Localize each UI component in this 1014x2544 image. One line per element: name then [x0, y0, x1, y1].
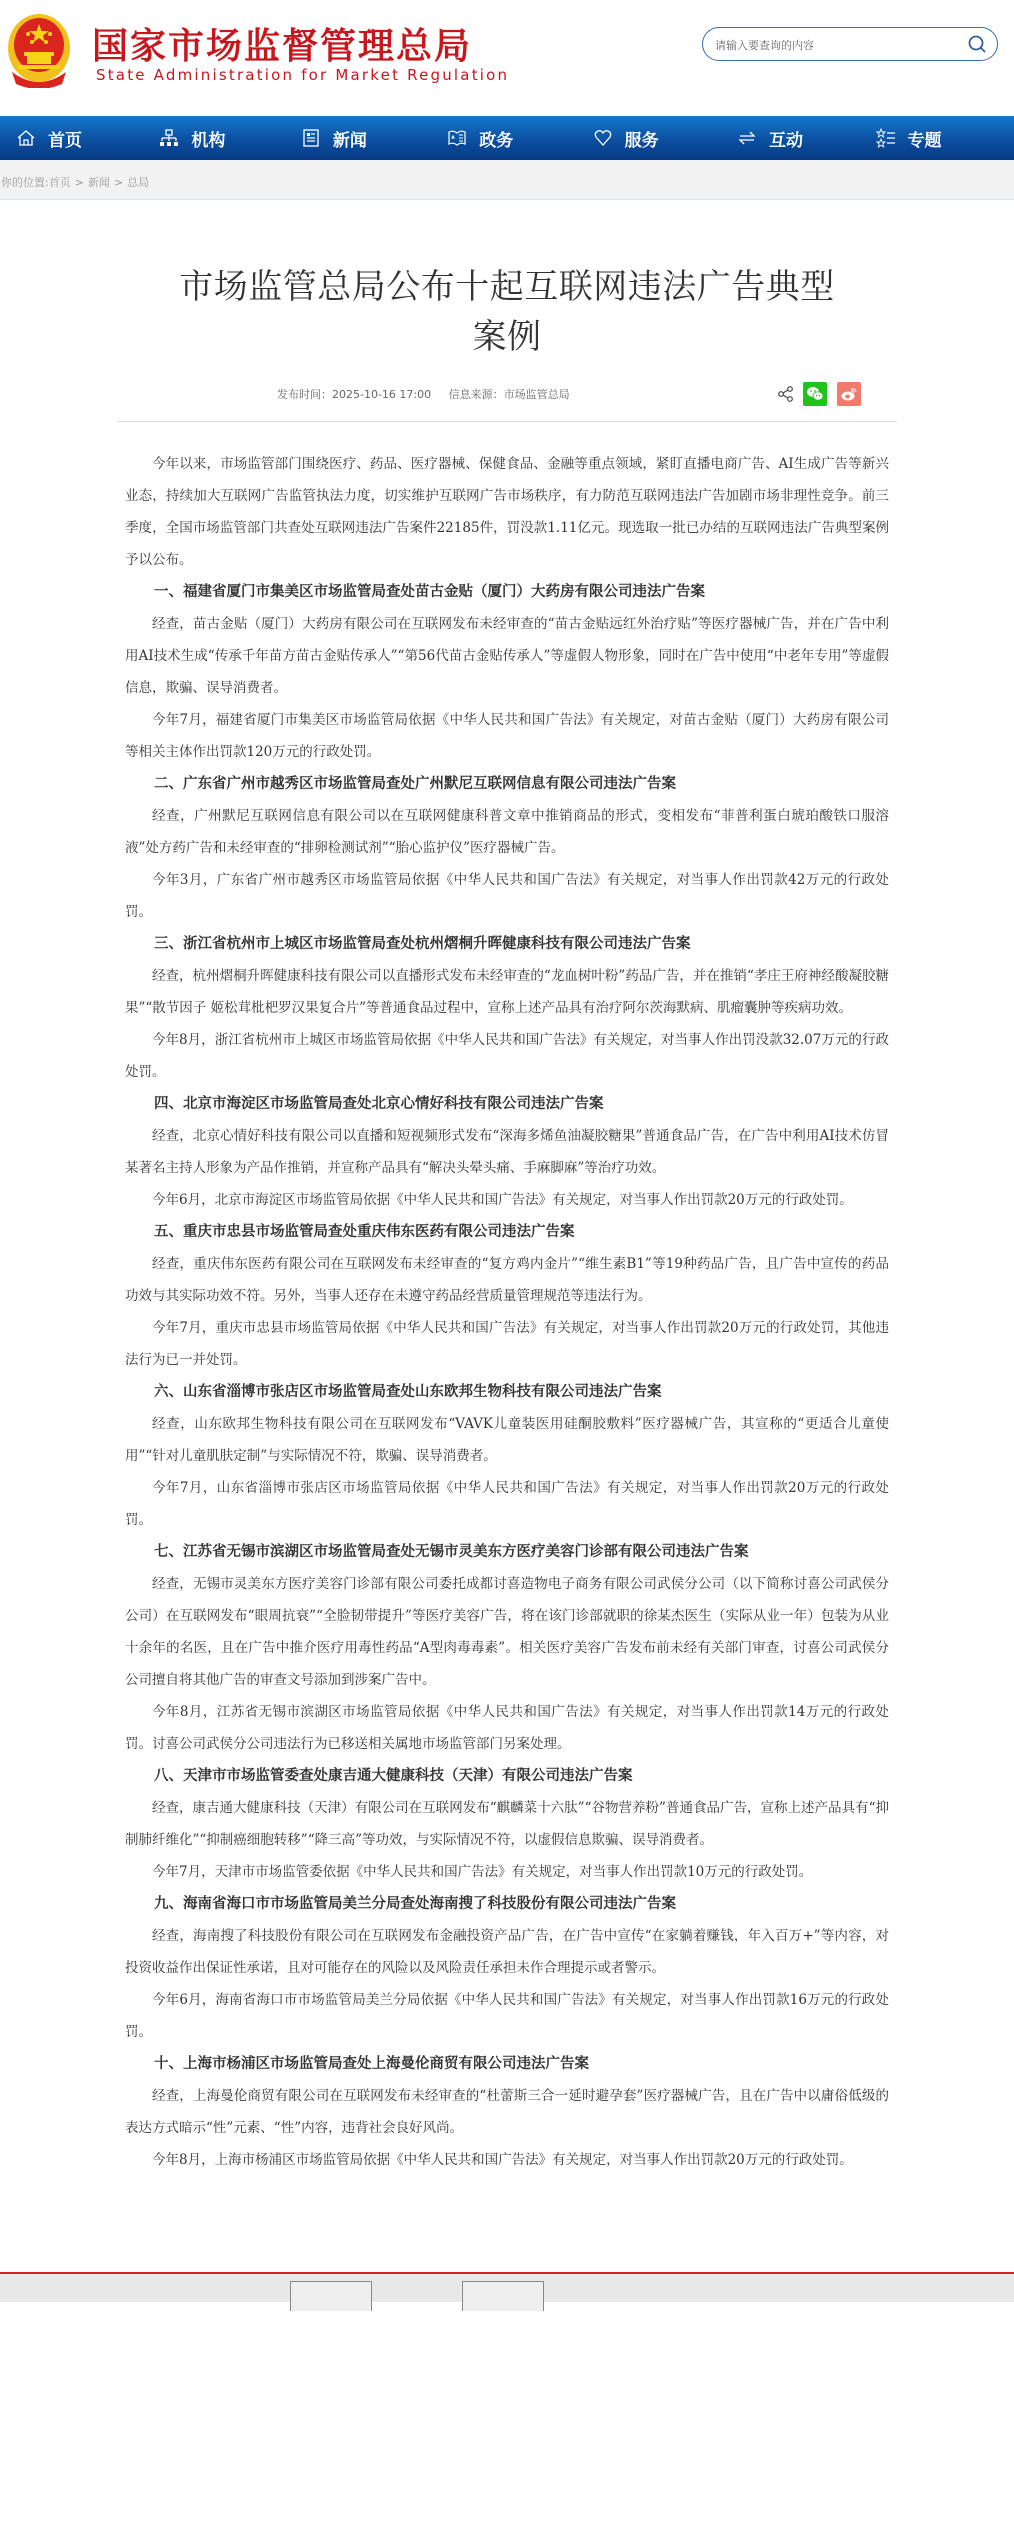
- article-paragraph: 经查，苗古金贴（厦门）大药房有限公司在互联网发布未经审查的“苗古金贴远红外治疗贴…: [125, 608, 889, 704]
- case-heading: 一、福建省厦门市集美区市场监管局查处苗古金贴（厦门）大药房有限公司违法广告案: [125, 576, 889, 608]
- main-nav: 首页 机构 新闻 政务 服务 互动 专题: [0, 116, 1014, 160]
- national-emblem-icon: [6, 12, 72, 88]
- breadcrumb-separator: >: [114, 176, 123, 189]
- article-paragraph: 经查，无锡市灵美东方医疗美容门诊部有限公司委托成都讨喜造物电子商务有限公司武侯分…: [125, 1568, 889, 1696]
- article-paragraph: 经查，重庆伟东医药有限公司在互联网发布未经审查的“复方鸡内金片”“维生素B1”等…: [125, 1248, 889, 1312]
- article-paragraph: 经查，杭州熠桐升晖健康科技有限公司以直播形式发布未经审查的“龙血树叶粉”药品广告…: [125, 960, 889, 1024]
- heart-icon: [593, 128, 613, 148]
- article-paragraph: 经查，上海曼伦商贸有限公司在互联网发布未经审查的“杜蕾斯三合一延时避孕套”医疗器…: [125, 2080, 889, 2144]
- nav-item-org[interactable]: 机构: [159, 116, 300, 160]
- weibo-icon: [840, 386, 858, 402]
- wechat-icon: [806, 386, 824, 402]
- case-heading: 八、天津市市场监管委查处康吉通大健康科技（天津）有限公司违法广告案: [125, 1760, 889, 1792]
- nav-item-label: 新闻: [333, 126, 367, 151]
- nav-item-label: 政务: [479, 126, 513, 151]
- breadcrumb-news[interactable]: 新闻: [88, 176, 110, 189]
- nav-item-label: 服务: [625, 126, 659, 151]
- source-label: 信息来源：: [449, 388, 504, 401]
- breadcrumb: 你的位置:首页>新闻>总局: [0, 160, 1014, 200]
- org-chart-icon: [159, 128, 179, 148]
- article-paragraph: 经查，海南搜了科技股份有限公司在互联网发布金融投资产品广告，在广告中宣传“在家躺…: [125, 1920, 889, 1984]
- article: 市场监管总局公布十起互联网违法广告典型案例 发布时间：2025-10-16 17…: [117, 200, 897, 2176]
- nav-item-interaction[interactable]: 互动: [737, 116, 875, 160]
- article-paragraph: 今年8月，江苏省无锡市滨湖区市场监管局依据《中华人民共和国广告法》有关规定，对当…: [125, 1696, 889, 1760]
- nav-item-label: 专题: [908, 126, 942, 151]
- article-paragraph: 今年7月，福建省厦门市集美区市场监管局依据《中华人民共和国广告法》有关规定，对苗…: [125, 704, 889, 768]
- nav-item-home[interactable]: 首页: [16, 116, 159, 160]
- article-paragraph: 今年8月，上海市杨浦区市场监管局依据《中华人民共和国广告法》有关规定，对当事人作…: [125, 2144, 889, 2176]
- article-paragraph: 今年6月，海南省海口市市场监管局美兰分局依据《中华人民共和国广告法》有关规定，对…: [125, 1984, 889, 2048]
- case-heading: 九、海南省海口市市场监管局美兰分局查处海南搜了科技股份有限公司违法广告案: [125, 1888, 889, 1920]
- share-icon[interactable]: [777, 385, 795, 403]
- publish-label: 发布时间：: [277, 388, 332, 401]
- nav-item-services[interactable]: 服务: [593, 116, 737, 160]
- case-heading: 七、江苏省无锡市滨湖区市场监管局查处无锡市灵美东方医疗美容门诊部有限公司违法广告…: [125, 1536, 889, 1568]
- exchange-arrows-icon: [737, 128, 757, 148]
- publish-time: 发布时间：2025-10-16 17:00: [277, 388, 431, 401]
- star-list-icon: [876, 128, 896, 148]
- article-meta: 发布时间：2025-10-16 17:00 信息来源：市场监管总局: [117, 378, 897, 422]
- site-title[interactable]: 国家市场监督管理总局: [92, 18, 472, 69]
- news-icon: [301, 128, 321, 148]
- footer-button-right[interactable]: [462, 2281, 544, 2311]
- nav-item-label: 首页: [48, 126, 82, 151]
- article-paragraph: 今年7月，山东省淄博市张店区市场监管局依据《中华人民共和国广告法》有关规定，对当…: [125, 1472, 889, 1536]
- case-heading: 六、山东省淄博市张店区市场监管局查处山东欧邦生物科技有限公司违法广告案: [125, 1376, 889, 1408]
- case-heading: 十、上海市杨浦区市场监管局查处上海曼伦商贸有限公司违法广告案: [125, 2048, 889, 2080]
- wechat-share-button[interactable]: [803, 382, 827, 406]
- article-paragraph: 今年3月，广东省广州市越秀区市场监管局依据《中华人民共和国广告法》有关规定，对当…: [125, 864, 889, 928]
- case-heading: 五、重庆市忠县市场监管局查处重庆伟东医药有限公司违法广告案: [125, 1216, 889, 1248]
- site-subtitle: State Administration for Market Regulati…: [96, 66, 509, 84]
- article-paragraph: 经查，北京心情好科技有限公司以直播和短视频形式发布“深海多烯鱼油凝胶糖果”普通食…: [125, 1120, 889, 1184]
- breadcrumb-separator: >: [75, 176, 84, 189]
- article-paragraph: 今年6月，北京市海淀区市场监管局依据《中华人民共和国广告法》有关规定，对当事人作…: [125, 1184, 889, 1216]
- case-heading: 四、北京市海淀区市场监管局查处北京心情好科技有限公司违法广告案: [125, 1088, 889, 1120]
- nav-item-label: 机构: [191, 126, 225, 151]
- publish-time-value: 2025-10-16 17:00: [332, 388, 431, 401]
- page-footer: [0, 2272, 1014, 2302]
- nav-item-government-affairs[interactable]: 政务: [447, 116, 592, 160]
- meta-text: 发布时间：2025-10-16 17:00 信息来源：市场监管总局: [277, 386, 584, 402]
- article-body: 今年以来，市场监管部门围绕医疗、药品、医疗器械、保健食品、金融等重点领域，紧盯直…: [117, 422, 897, 2176]
- home-icon: [16, 128, 36, 148]
- info-source: 信息来源：市场监管总局: [449, 388, 570, 401]
- spacer: [0, 2176, 1014, 2272]
- site-header: 国家市场监督管理总局 State Administration for Mark…: [0, 0, 1014, 116]
- search-icon[interactable]: [967, 34, 987, 54]
- article-paragraph: 经查，广州默尼互联网信息有限公司以在互联网健康科普文章中推销商品的形式，变相发布…: [125, 800, 889, 864]
- article-paragraph: 经查，康吉通大健康科技（天津）有限公司在互联网发布“麒麟菜十六肽”“谷物营养粉”…: [125, 1792, 889, 1856]
- nav-item-topics[interactable]: 专题: [876, 116, 1014, 160]
- search-box: [702, 27, 998, 61]
- article-paragraph: 今年7月，重庆市忠县市场监管局依据《中华人民共和国广告法》有关规定，对当事人作出…: [125, 1312, 889, 1376]
- article-paragraph: 今年7月，天津市市场监管委依据《中华人民共和国广告法》有关规定，对当事人作出罚款…: [125, 1856, 889, 1888]
- footer-button-left[interactable]: [290, 2281, 372, 2311]
- book-star-icon: [447, 128, 467, 148]
- breadcrumb-prefix: 你的位置:: [1, 176, 49, 189]
- article-paragraph: 经查，山东欧邦生物科技有限公司在互联网发布“VAVK儿童装医用硅酮胶敷料”医疗器…: [125, 1408, 889, 1472]
- case-heading: 三、浙江省杭州市上城区市场监管局查处杭州熠桐升晖健康科技有限公司违法广告案: [125, 928, 889, 960]
- search-input[interactable]: [715, 35, 955, 55]
- article-paragraph: 今年8月，浙江省杭州市上城区市场监管局依据《中华人民共和国广告法》有关规定，对当…: [125, 1024, 889, 1088]
- case-heading: 二、广东省广州市越秀区市场监管局查处广州默尼互联网信息有限公司违法广告案: [125, 768, 889, 800]
- article-paragraph: 今年以来，市场监管部门围绕医疗、药品、医疗器械、保健食品、金融等重点领域，紧盯直…: [125, 448, 889, 576]
- breadcrumb-home[interactable]: 首页: [49, 176, 71, 189]
- article-title: 市场监管总局公布十起互联网违法广告典型案例: [117, 262, 897, 362]
- share-bar: [777, 382, 861, 406]
- breadcrumb-headquarters[interactable]: 总局: [127, 176, 149, 189]
- source-value: 市场监管总局: [504, 388, 570, 401]
- weibo-share-button[interactable]: [837, 382, 861, 406]
- nav-item-label: 互动: [769, 126, 803, 151]
- nav-item-news[interactable]: 新闻: [301, 116, 447, 160]
